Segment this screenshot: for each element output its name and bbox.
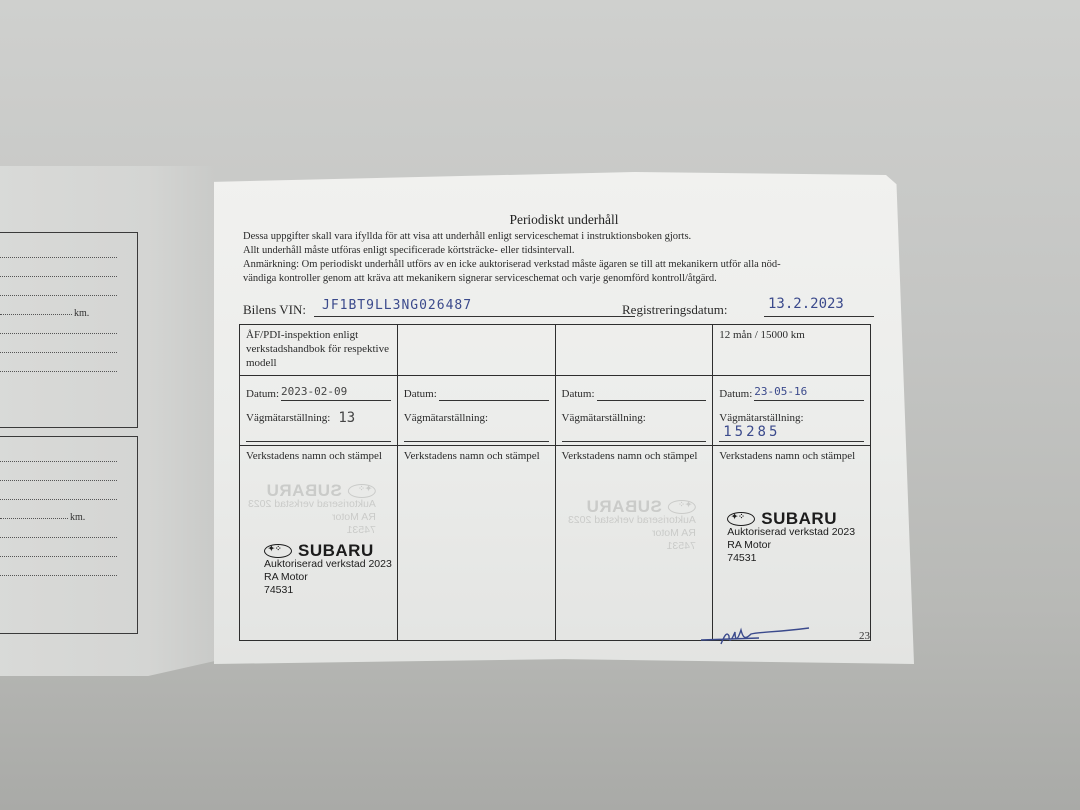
service-schedule-table: ÅF/PDI-inspektion enligt verkstadshandbo…: [239, 324, 871, 641]
dotted-line: [0, 314, 72, 315]
intro-line: Dessa uppgifter skall vara ifyllda för a…: [243, 230, 883, 244]
vin-label: Bilens VIN:: [243, 302, 306, 318]
workshop-label: Verkstadens namn och stämpel: [562, 449, 707, 463]
subaru-logo-icon: [667, 500, 695, 514]
stamp-brand: SUBARU: [298, 544, 374, 558]
dotted-line: [0, 499, 117, 500]
dotted-line: [0, 352, 117, 353]
workshop-stamp-row: Verkstadens namn och stämpel SUBARU Aukt…: [240, 446, 871, 641]
date-label: Datum:: [719, 387, 752, 401]
odometer-label: Vägmätarställning:: [404, 411, 488, 425]
stamp-brand: SUBARU: [761, 512, 837, 526]
workshop-cell: Verkstadens namn och stämpel SUBARU Aukt…: [555, 446, 713, 641]
left-page: km. km.: [0, 166, 216, 676]
subaru-logo-icon: [727, 512, 755, 526]
workshop-stamp: SUBARU Auktoriserad verkstad 2023 RA Mot…: [264, 544, 392, 597]
entry-cell: Datum:23-05-16 Vägmätarställning: 15285: [713, 376, 871, 446]
date-odometer-row: Datum:2023-02-09 Vägmätarställning:13 Da…: [240, 376, 871, 446]
interval-header: 12 mån / 15000 km: [713, 325, 871, 376]
dotted-line: [0, 518, 68, 519]
workshop-cell: Verkstadens namn och stämpel: [397, 446, 555, 641]
dotted-line: [0, 257, 117, 258]
odometer-field[interactable]: [562, 425, 707, 442]
dotted-line: [0, 480, 117, 481]
stamp-line: RA Motor: [264, 571, 392, 584]
odometer-label: Vägmätarställning:: [246, 411, 330, 425]
stamp-line: RA Motor: [727, 539, 855, 552]
entry-cell: Datum: Vägmätarställning:: [397, 376, 555, 446]
intro-line: Anmärkning: Om periodiskt underhåll utfö…: [243, 258, 883, 272]
workshop-cell: Verkstadens namn och stämpel SUBARU Aukt…: [713, 446, 871, 641]
odometer-label: Vägmätarställning:: [562, 411, 646, 425]
page-number: 23: [859, 630, 870, 642]
dotted-line: [0, 537, 117, 538]
workshop-stamp: SUBARU Auktoriserad verkstad 2023 RA Mot…: [727, 512, 855, 565]
workshop-label: Verkstadens namn och stämpel: [404, 449, 549, 463]
km-label: km.: [74, 308, 89, 319]
page-title: Periodiskt underhåll: [214, 212, 914, 228]
interval-header: [397, 325, 555, 376]
intro-text: Dessa uppgifter skall vara ifyllda för a…: [243, 230, 883, 286]
stamp-line: Auktoriserad verkstad 2023: [727, 526, 855, 539]
left-form-box-1: km.: [0, 232, 138, 428]
odometer-label: Vägmätarställning:: [719, 411, 803, 425]
right-page: Periodiskt underhåll Dessa uppgifter ska…: [214, 172, 914, 664]
dotted-line: [0, 276, 117, 277]
interval-header: [555, 325, 713, 376]
date-label: Datum:: [246, 387, 279, 401]
registration-date-field[interactable]: 13.2.2023: [764, 296, 874, 317]
stamp-line: 74531: [727, 552, 855, 565]
dotted-line: [0, 461, 117, 462]
registration-date-label: Registreringsdatum:: [622, 302, 727, 318]
intro-line: Allt underhåll måste utföras enligt spec…: [243, 244, 883, 258]
vin-field[interactable]: JF1BT9LL3NG026487: [314, 298, 635, 317]
workshop-label: Verkstadens namn och stämpel: [246, 449, 391, 463]
date-label: Datum:: [404, 387, 437, 401]
odometer-field[interactable]: [404, 425, 549, 442]
dotted-line: [0, 556, 117, 557]
odometer-field[interactable]: 13: [338, 411, 355, 425]
odometer-line: [246, 425, 391, 442]
stamp-line: Auktoriserad verkstad 2023: [264, 558, 392, 571]
date-field[interactable]: [439, 385, 549, 401]
date-field[interactable]: 23-05-16: [754, 385, 864, 401]
left-form-box-2: km.: [0, 436, 138, 634]
workshop-cell: Verkstadens namn och stämpel SUBARU Aukt…: [240, 446, 398, 641]
date-label: Datum:: [562, 387, 595, 401]
odometer-field[interactable]: 15285: [719, 425, 864, 442]
intro-line: vändiga kontroller genom att kräva att m…: [243, 272, 883, 286]
km-label: km.: [70, 512, 85, 523]
interval-header-row: ÅF/PDI-inspektion enligt verkstadshandbo…: [240, 325, 871, 376]
vin-row: Bilens VIN: JF1BT9LL3NG026487 Registreri…: [243, 300, 883, 320]
entry-cell: Datum:2023-02-09 Vägmätarställning:13: [240, 376, 398, 446]
bleed-through-stamp: SUBARU Auktoriserad verkstad 2023 RA Mot…: [248, 484, 376, 537]
stamp-line: 74531: [264, 584, 392, 597]
subaru-logo-icon: [348, 484, 376, 498]
subaru-logo-icon: [264, 544, 292, 558]
date-field[interactable]: 2023-02-09: [281, 385, 391, 401]
entry-cell: Datum: Vägmätarställning:: [555, 376, 713, 446]
workshop-label: Verkstadens namn och stämpel: [719, 449, 864, 463]
interval-header: ÅF/PDI-inspektion enligt verkstadshandbo…: [240, 325, 398, 376]
mechanic-signature: [699, 626, 811, 646]
dotted-line: [0, 575, 117, 576]
dotted-line: [0, 371, 117, 372]
dotted-line: [0, 333, 117, 334]
date-field[interactable]: [597, 385, 707, 401]
dotted-line: [0, 295, 117, 296]
bleed-through-stamp: SUBARU Auktoriserad verkstad 2023 RA Mot…: [568, 500, 696, 553]
